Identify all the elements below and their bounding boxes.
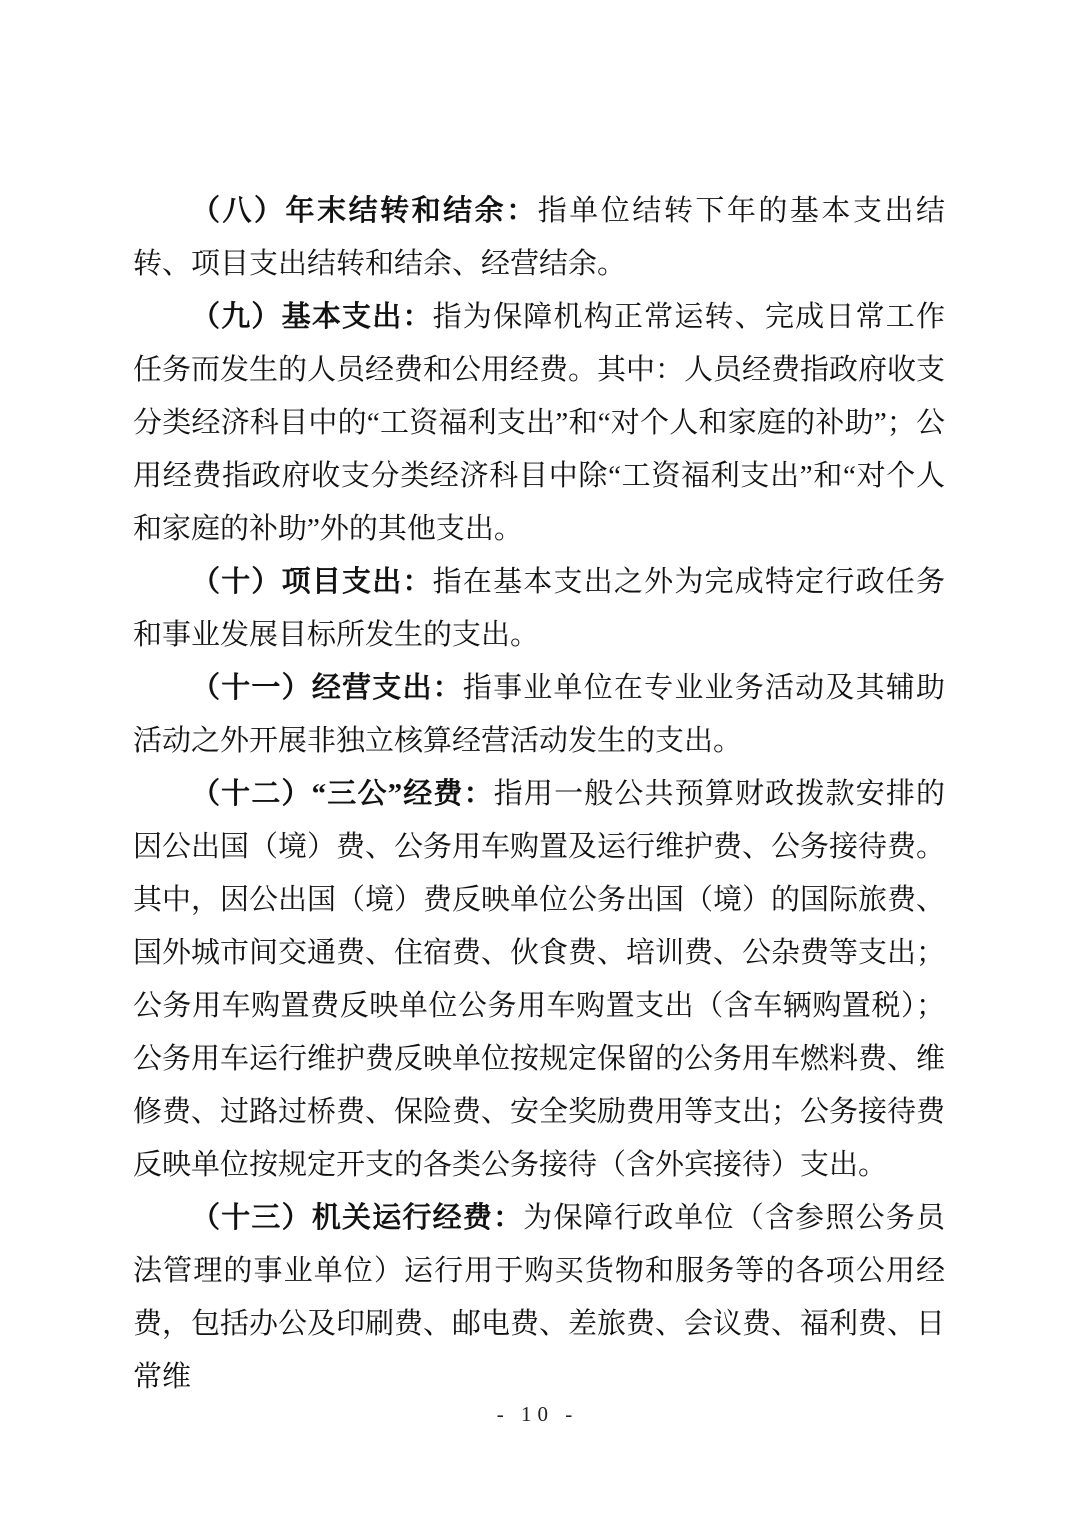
term-definition-9: 指为保障机构正常运转、完成日常工作任务而发生的人员经费和公用经费。其中：人员经费… [133, 301, 945, 545]
term-label-13: （十三）机关运行经费： [191, 1202, 523, 1234]
term-label-8: （八）年末结转和结余： [191, 195, 538, 227]
page-number: - 10 - [0, 1402, 1075, 1427]
document-page: （八）年末结转和结余：指单位结转下年的基本支出结转、项目支出结转和结余、经营结余… [0, 0, 1075, 1520]
term-label-9: （九）基本支出： [191, 301, 433, 333]
term-label-12: （十二）“三公”经费： [191, 778, 494, 810]
document-body: （八）年末结转和结余：指单位结转下年的基本支出结转、项目支出结转和结余、经营结余… [133, 185, 945, 1404]
definition-paragraph-9: （九）基本支出：指为保障机构正常运转、完成日常工作任务而发生的人员经费和公用经费… [133, 291, 945, 556]
definition-paragraph-11: （十一）经营支出：指事业单位在专业业务活动及其辅助活动之外开展非独立核算经营活动… [133, 662, 945, 768]
definition-paragraph-12: （十二）“三公”经费：指用一般公共预算财政拨款安排的因公出国（境）费、公务用车购… [133, 768, 945, 1192]
page-number-label: - 10 - [497, 1402, 579, 1426]
term-label-10: （十）项目支出： [191, 566, 433, 598]
definition-paragraph-13: （十三）机关运行经费：为保障行政单位（含参照公务员法管理的事业单位）运行用于购买… [133, 1192, 945, 1404]
term-label-11: （十一）经营支出： [191, 672, 463, 704]
definition-paragraph-8: （八）年末结转和结余：指单位结转下年的基本支出结转、项目支出结转和结余、经营结余… [133, 185, 945, 291]
term-definition-12: 指用一般公共预算财政拨款安排的因公出国（境）费、公务用车购置及运行维护费、公务接… [133, 778, 945, 1181]
definition-paragraph-10: （十）项目支出：指在基本支出之外为完成特定行政任务和事业发展目标所发生的支出。 [133, 556, 945, 662]
